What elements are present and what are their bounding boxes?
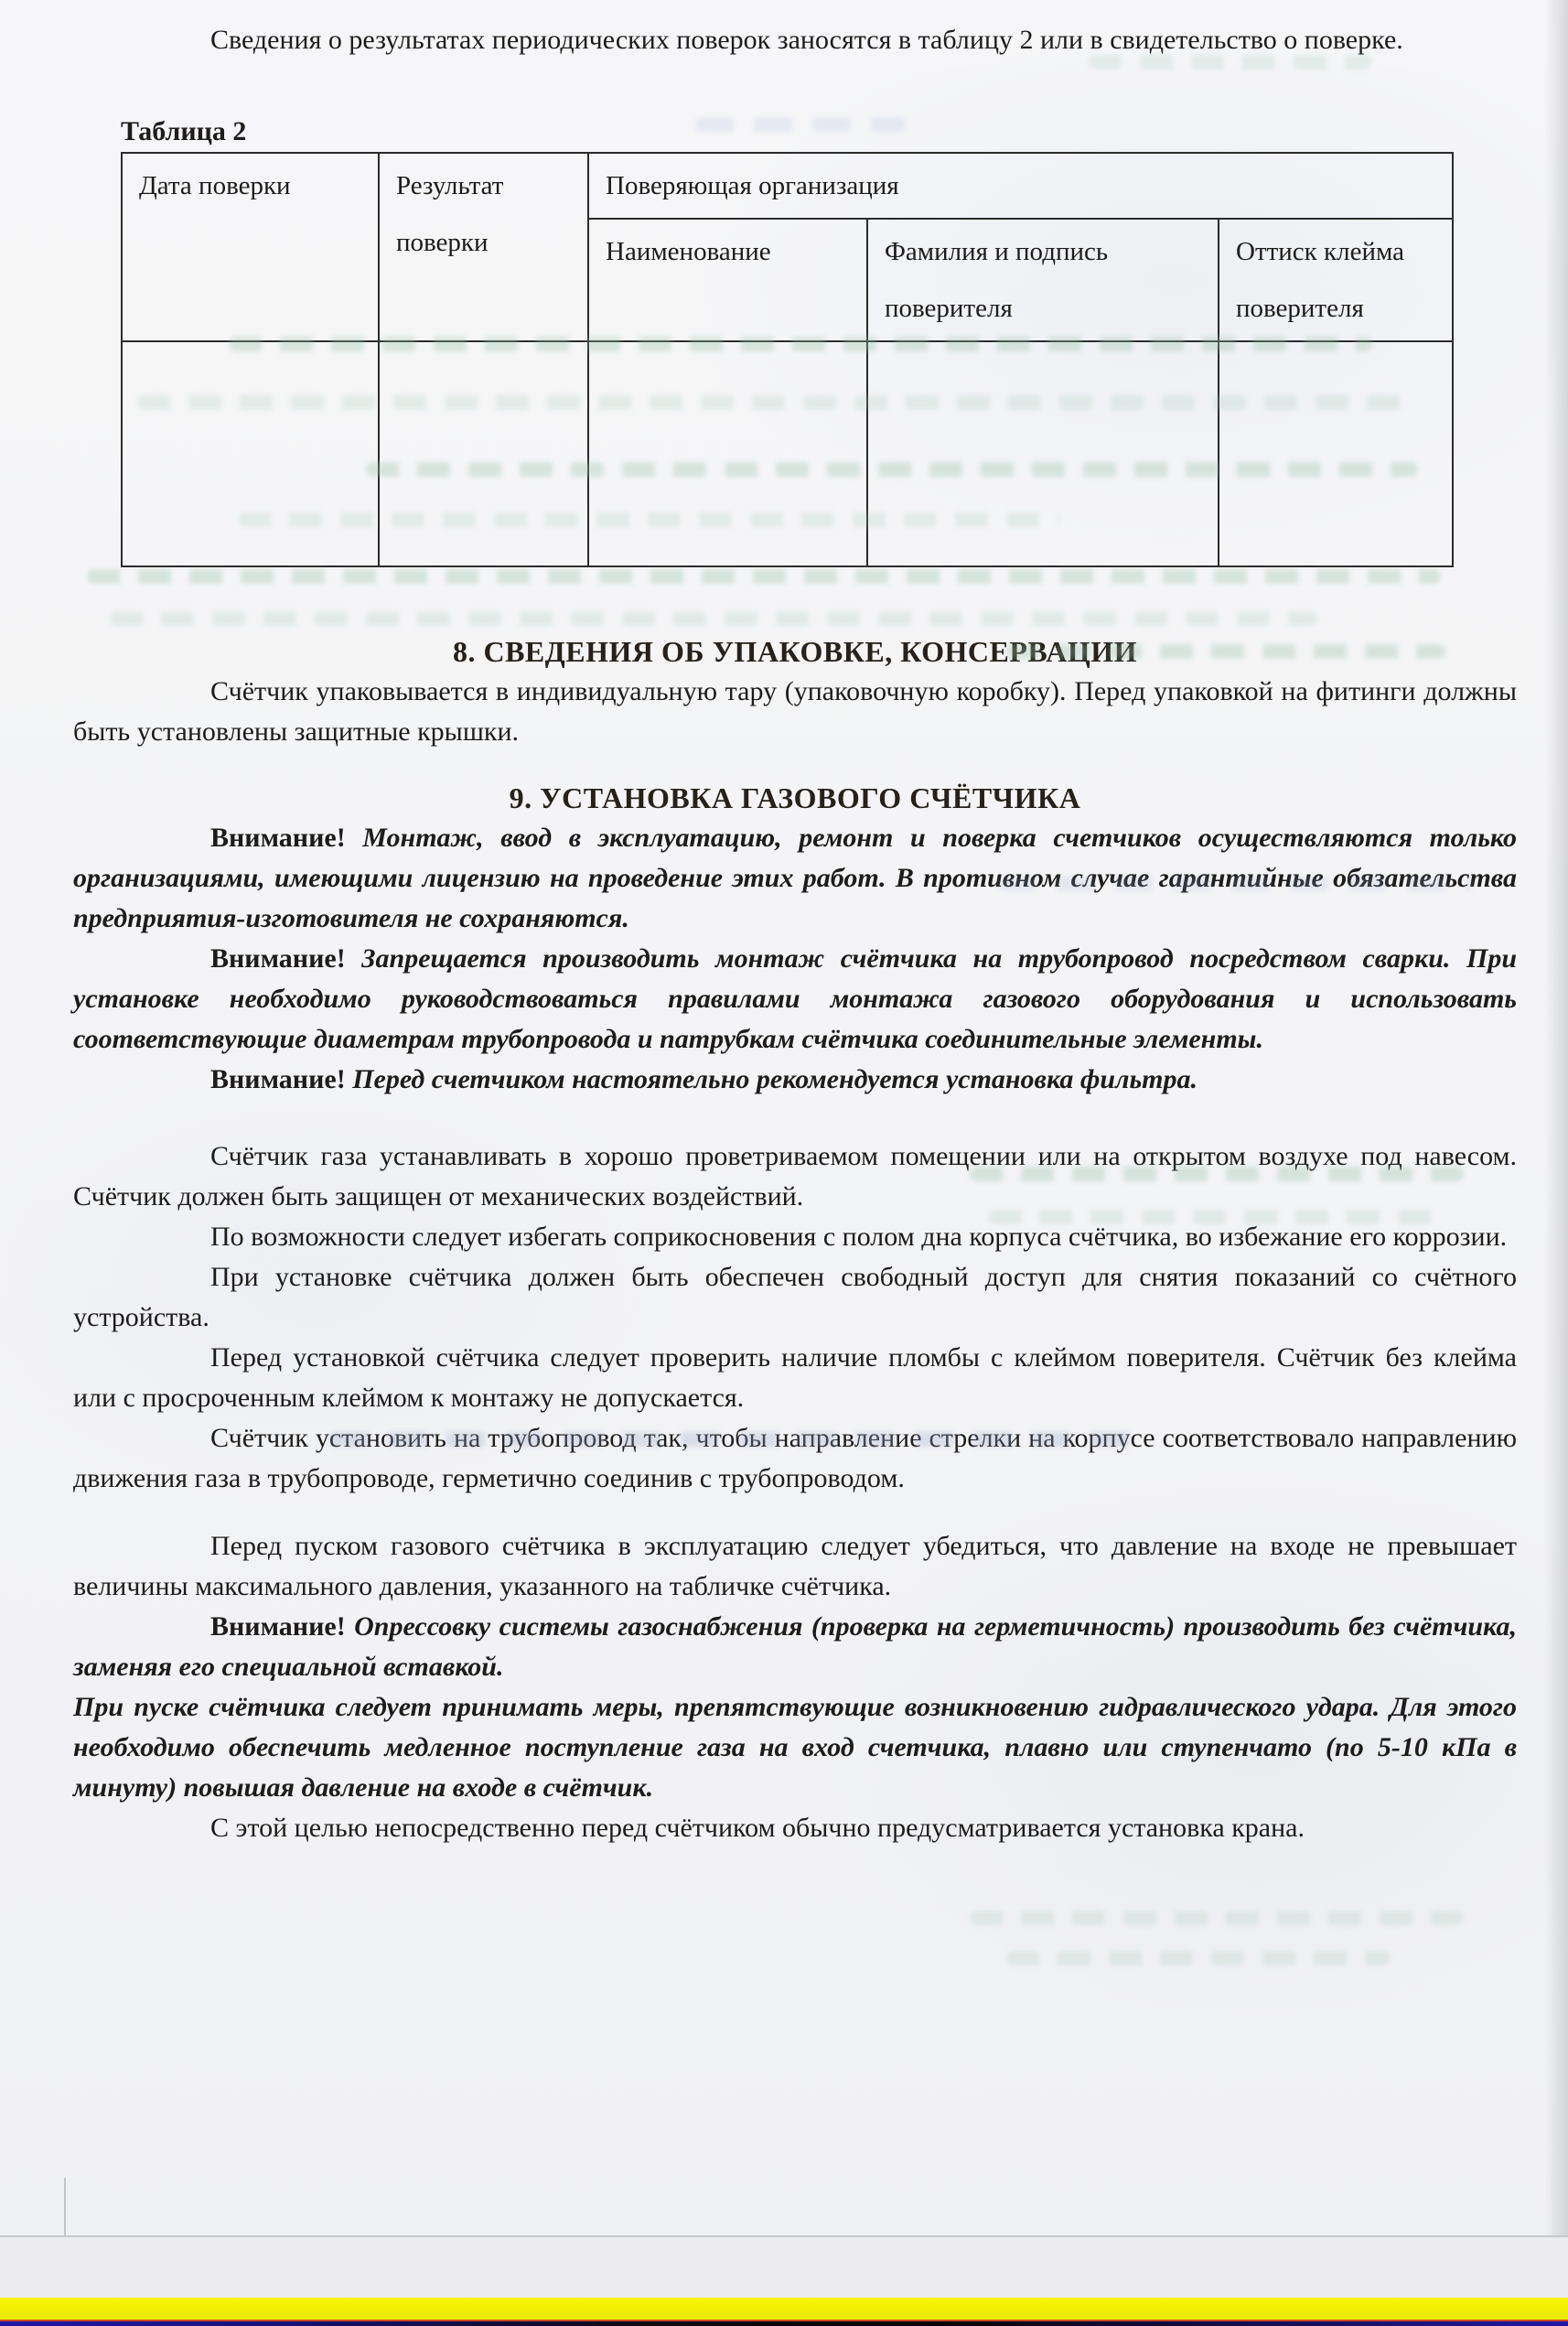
underlying-sheet [0,2237,1568,2298]
warning-label: Внимание! [210,823,346,853]
scanner-dark-strip [0,2321,1568,2326]
warning-label: Внимание! [210,1611,346,1642]
scanned-document-page: { "page": { "intro": "Сведения о результ… [0,0,1568,2326]
table2-label: Таблица 2 [121,112,1517,152]
warning-label: Внимание! [210,943,346,974]
warning-paragraph-filter: Внимание! Перед счетчиком настоятельно р… [73,1060,1517,1100]
section-9-heading: 9. УСТАНОВКА ГАЗОВОГО СЧЁТЧИКА [73,778,1517,818]
installation-paragraph: Счётчик газа устанавливать в хорошо пров… [73,1136,1517,1217]
underlying-page-edge [64,2178,66,2235]
warning-continuation-paragraph: При пуске счётчика следует принимать мер… [73,1687,1517,1808]
pressure-check-paragraph: Перед пуском газового счётчика в эксплуа… [73,1526,1517,1607]
bleed-through-artifact [970,1911,1464,1925]
empty-cell [588,341,867,566]
warning-label: Внимание! [210,1064,346,1094]
closing-paragraph: С этой целью непосредственно перед счётч… [73,1808,1517,1848]
installation-paragraph: Счётчик установить на трубопровод так, ч… [73,1418,1517,1499]
warning-paragraph-welding: Внимание! Запрещается производить монтаж… [73,939,1517,1060]
header-cell-date: Дата поверки [122,153,379,341]
header-cell-stamp: Оттиск клейма поверителя [1219,219,1453,341]
intro-paragraph: Сведения о результатах периодических пов… [73,20,1517,60]
empty-cell [867,341,1219,566]
document-content: Сведения о результатах периодических пов… [73,20,1517,1848]
section-8-paragraph: Счётчик упаковывается в индивидуальную т… [73,672,1517,752]
warning-paragraph-pressure-test: Внимание! Опрессовку системы газоснабжен… [73,1607,1517,1687]
empty-cell [122,341,379,566]
installation-paragraph: При установке счётчика должен быть обесп… [73,1257,1517,1338]
bleed-through-artifact [1006,1951,1391,1965]
verification-table: Дата поверки Результат поверки Поверяюща… [121,152,1454,567]
page-edge-shadow [1544,0,1568,2237]
table-empty-row [122,341,1453,566]
scanner-yellow-strip [0,2298,1568,2320]
empty-cell [379,341,588,566]
header-cell-organization-group: Поверяющая организация [588,153,1453,219]
empty-cell [1219,341,1453,566]
warning-text: Перед счетчиком настоятельно рекомендует… [352,1064,1197,1094]
table-header-row-1: Дата поверки Результат поверки Поверяюща… [122,153,1453,219]
header-cell-surname-signature: Фамилия и подпись поверителя [867,219,1219,341]
header-cell-result: Результат поверки [379,153,588,341]
installation-paragraph: Перед установкой счётчика следует провер… [73,1338,1517,1418]
section-8-heading: 8. СВЕДЕНИЯ ОБ УПАКОВКЕ, КОНСЕРВАЦИИ [73,631,1517,672]
warning-paragraph-installation: Внимание! Монтаж, ввод в эксплуатацию, р… [73,818,1517,939]
installation-paragraph: По возможности следует избегать соприкос… [73,1217,1517,1257]
header-cell-name: Наименование [588,219,867,341]
